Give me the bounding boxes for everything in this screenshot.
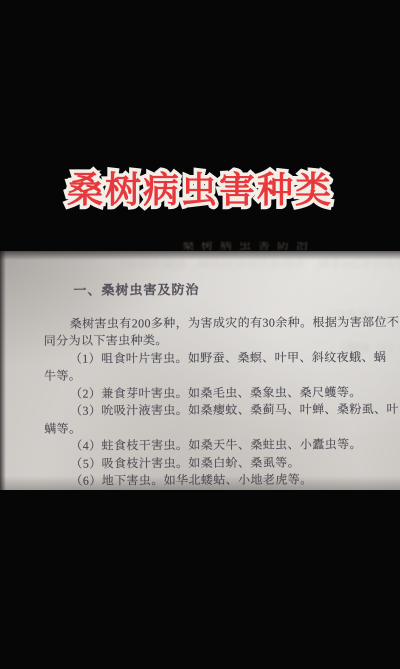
book-page-photo: 桑树害虫有200多种，为害成灾的有30余种。根据为害部位不 （1）咀食叶片害虫。… bbox=[0, 251, 400, 490]
paragraph-line: 桑树害虫有200多种，为害成灾的有30余种。根据为害部位不 bbox=[44, 313, 395, 332]
list-item-line-4: （4）蛀食枝干害虫。如桑天牛、桑蛀虫、小蠹虫等。 bbox=[44, 436, 395, 455]
paragraph-line: 同分为以下害虫种类。 bbox=[44, 331, 395, 350]
list-item-line-1: （1）咀食叶片害虫。如野蚕、桑螟、叶甲、斜纹夜蛾、蜗 bbox=[44, 348, 395, 367]
list-item-line-1-wrap: 牛等。 bbox=[44, 366, 395, 385]
video-title-overlay: 桑树病虫害种类 bbox=[0, 168, 400, 212]
list-item-line-2: （2）兼食芽叶害虫。如桑毛虫、桑象虫、桑尺蠖等。 bbox=[44, 383, 395, 402]
section-heading: 一、桑树虫害及防治 bbox=[73, 280, 394, 299]
video-frame: 桑树病虫害种类 桑树病虫害防治 桑树害虫有200多种，为害成灾的有30余种。根据… bbox=[0, 0, 400, 669]
list-item-line-5: （5）吸食枝汁害虫。如桑白蚧、桑虱等。 bbox=[44, 453, 395, 472]
list-item-line-6: （6）地下害虫。如华北蝼蛄、小地老虎等。 bbox=[44, 471, 395, 490]
page-text-block: 一、桑树虫害及防治 桑树害虫有200多种，为害成灾的有30余种。根据为害部位不 … bbox=[0, 280, 400, 490]
video-title-text: 桑树病虫害种类 bbox=[67, 168, 333, 212]
list-item-line-3: （3）吮吸汁液害虫。如桑瘿蚊、桑蓟马、叶蝉、桑粉虱、叶 bbox=[44, 401, 395, 420]
bleed-through-text: 桑树害虫有200多种，为害成灾的有30余种。根据为害部位不 bbox=[120, 255, 400, 272]
list-item-line-3-wrap: 螨等。 bbox=[44, 418, 395, 437]
